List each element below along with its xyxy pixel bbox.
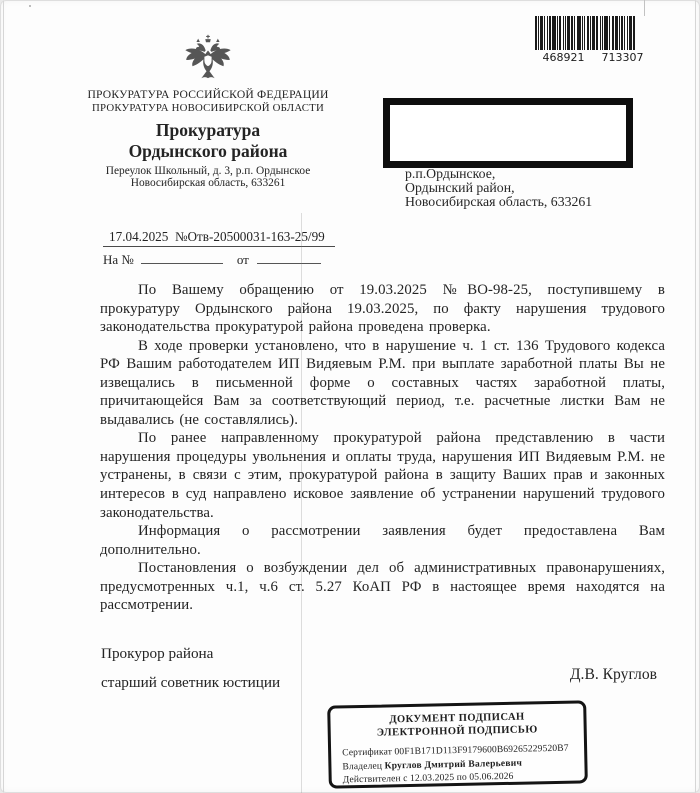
valid-to-date: 05.06.2026	[469, 771, 513, 783]
letter-body: По Вашему обращению от 19.03.2025 №ВО-98…	[100, 281, 665, 615]
org-name-federation: ПРОКУРАТУРА РОССИЙСКОЙ ФЕДЕРАЦИИ	[72, 88, 344, 101]
paragraph: В ходе проверки установлено, что в наруш…	[100, 337, 665, 430]
letter-date: 17.04.2025	[109, 229, 168, 244]
valid-prefix: Действителен с	[343, 773, 408, 785]
scan-edge-left	[3, 0, 4, 793]
certificate-value: 00F1B171D113F9179600B69265229520B7	[394, 743, 568, 758]
paragraph: По ранее направленному прокуратурой райо…	[100, 429, 665, 522]
scan-artifact-line	[644, 0, 645, 16]
russia-coat-of-arms-icon	[183, 33, 233, 82]
owner-label: Владелец	[342, 760, 382, 772]
recipient-address: р.п.Ордынское, Ордынский район, Новосиби…	[405, 167, 592, 208]
owner-name: Круглов Дмитрий Валерьевич	[384, 757, 522, 771]
signer-position-line2: старший советник юстиции	[101, 674, 280, 692]
valid-mid-label: по	[457, 772, 467, 783]
office-address-line1: Переулок Школьный, д. 3, р.п. Ордынское	[72, 165, 344, 177]
reply-number-blank	[141, 251, 223, 264]
signer-name: Д.В. Круглов	[420, 666, 657, 684]
office-address-line2: Новосибирская область, 633261	[72, 177, 344, 189]
org-name-region: ПРОКУРАТУРА НОВОСИБИРСКОЙ ОБЛАСТИ	[72, 102, 344, 114]
letterhead: ПРОКУРАТУРА РОССИЙСКОЙ ФЕДЕРАЦИИ ПРОКУРА…	[72, 33, 344, 190]
valid-from-date: 12.03.2025	[410, 772, 454, 784]
signer-position-line1: Прокурор района	[101, 645, 213, 663]
paragraph: По Вашему обращению от 19.03.2025 №ВО-98…	[100, 281, 665, 337]
page-fold-line	[301, 213, 302, 793]
electronic-signature-stamp: ДОКУМЕНТ ПОДПИСАН ЭЛЕКТРОННОЙ ПОДПИСЬЮ С…	[327, 700, 588, 788]
certificate-label: Сертификат	[342, 746, 392, 758]
barcode-number-left: 468921	[543, 51, 585, 64]
office-name-line2: Ордынского района	[72, 141, 344, 162]
reference-line: 17.04.2025 №Отв-20500031-163-25/99	[103, 229, 335, 245]
recipient-line2: Ордынский район,	[405, 181, 592, 195]
document-barcode: 468921 713307	[533, 16, 653, 64]
recipient-line3: Новосибирская область, 633261	[405, 195, 592, 209]
scanned-letter-page: ПРОКУРАТУРА РОССИЙСКОЙ ФЕДЕРАЦИИ ПРОКУРА…	[0, 0, 700, 793]
barcode-bars-icon	[534, 16, 652, 52]
ot-label: от	[237, 252, 249, 267]
barcode-number-right: 713307	[602, 51, 644, 64]
paragraph: Постановления о возбуждении дел об админ…	[100, 559, 665, 615]
na-no-label: На №	[103, 252, 134, 267]
scan-edge-right	[695, 0, 696, 793]
scan-speck	[29, 5, 31, 7]
reply-date-blank	[257, 251, 321, 264]
reply-reference-line: На №от	[103, 251, 321, 268]
office-name-line1: Прокуратура	[72, 120, 344, 141]
recipient-line1: р.п.Ордынское,	[405, 167, 592, 181]
redacted-recipient-box	[383, 98, 633, 168]
letter-number: №Отв-20500031-163-25/99	[175, 229, 325, 244]
paragraph: Информация о рассмотрении заявления буде…	[100, 522, 665, 559]
